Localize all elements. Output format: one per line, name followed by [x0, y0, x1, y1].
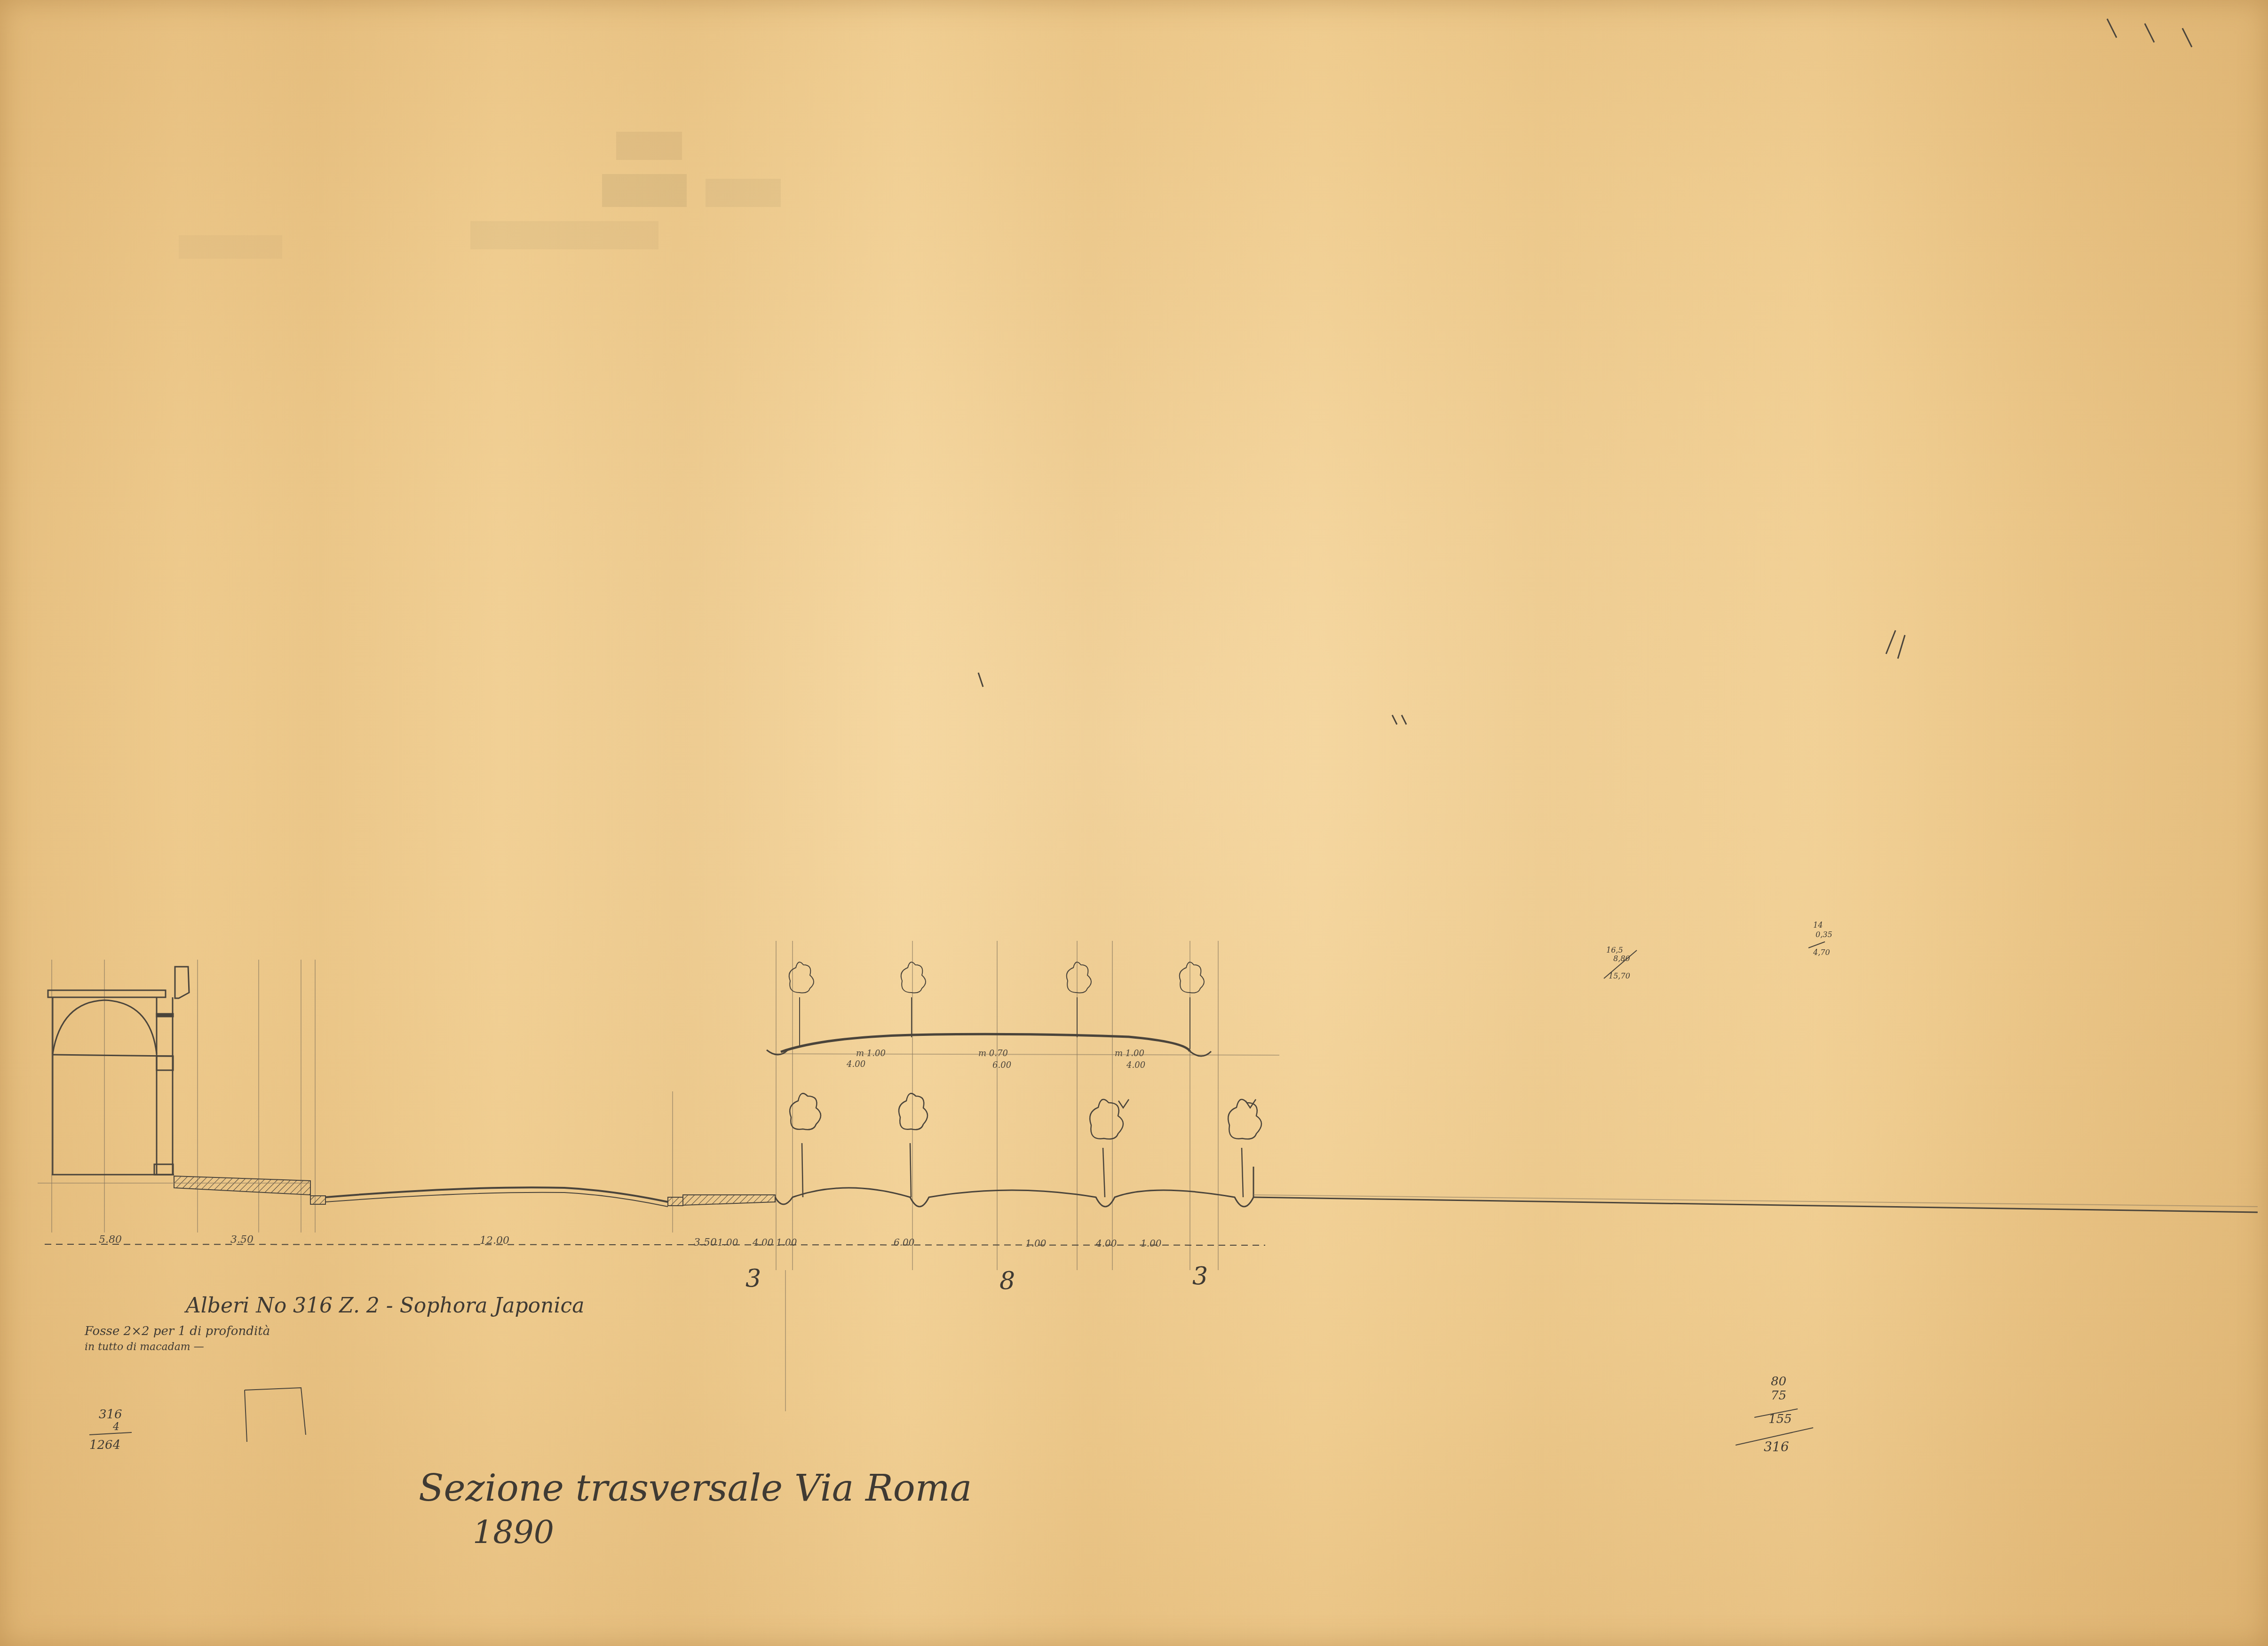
dim-value: 6.00: [894, 1237, 915, 1248]
svg-text:1264: 1264: [89, 1438, 120, 1452]
svg-text:155: 155: [1768, 1412, 1792, 1426]
svg-text:316: 316: [1764, 1439, 1789, 1455]
trees-note: Alberi No 316 Z. 2 - Sophora Japonica: [184, 1294, 584, 1318]
drawing-year: 1890: [473, 1514, 554, 1551]
pits-note-line2: in tutto di macadam —: [85, 1341, 204, 1353]
bleed-through-text: illegible bleed-through text: [179, 120, 1279, 259]
dim-slope-right: m 1.00: [1115, 1049, 1144, 1058]
dim-upper-right: 4.00: [1126, 1060, 1145, 1070]
building-arcade: [48, 967, 189, 1175]
drawing-canvas: illegible bleed-through text: [0, 0, 2268, 1646]
dimension-line: 5.80 3.50 12.00 3.50 1.00 4.00 1.00 6.00…: [45, 1234, 1265, 1295]
lower-tree-row: [790, 1093, 1261, 1197]
svg-text:14: 14: [1813, 921, 1823, 930]
page-title: Sezione trasversale Via Roma: [419, 1467, 972, 1510]
dim-value: 12.00: [480, 1235, 509, 1247]
group-label: 3: [745, 1264, 761, 1293]
tree-icon: [901, 962, 926, 1037]
dim-value: 3.50: [694, 1237, 717, 1248]
dim-value: 1.00: [1025, 1238, 1047, 1249]
tree-icon: [1067, 962, 1091, 1037]
calc-upper-right: 14 0,35 4,70: [1808, 921, 1832, 957]
tree-icon: [1090, 1099, 1123, 1197]
dim-upper-center: 6.00: [992, 1060, 1011, 1070]
tree-icon: [899, 1093, 928, 1197]
dim-slope-left: m 1.00: [856, 1049, 886, 1058]
upper-avenue-section: m 1.00 m 0.70 m 1.00 4.00 6.00 4.00: [767, 962, 1279, 1070]
svg-text:80: 80: [1771, 1375, 1786, 1389]
dim-value: 4.00: [1095, 1238, 1117, 1249]
tree-icon: [790, 1093, 821, 1197]
calc-right: 80 75 155 316: [1736, 1375, 1813, 1455]
svg-text:16,5: 16,5: [1606, 946, 1623, 954]
tree-icon: [1180, 962, 1204, 1049]
lower-street-section: [38, 1167, 2258, 1212]
sketch-box: [245, 1388, 306, 1442]
dim-value: 1.00: [776, 1237, 797, 1248]
dim-value: 4.00: [752, 1237, 774, 1248]
dim-value: 5.80: [99, 1234, 122, 1246]
svg-text:4,70: 4,70: [1813, 948, 1830, 957]
svg-text:4: 4: [112, 1421, 119, 1433]
dim-value: 1.00: [717, 1237, 738, 1248]
tree-icon: [1228, 1099, 1261, 1197]
dim-upper-left: 4.00: [846, 1059, 865, 1069]
calc-upper-left: 16,5 8,80 15,70: [1604, 946, 1637, 980]
group-label: 3: [1192, 1262, 1208, 1290]
dim-slope-center: m 0.70: [978, 1049, 1008, 1058]
pits-note-line1: Fosse 2×2 per 1 di profondità: [84, 1324, 270, 1338]
group-label: 8: [999, 1267, 1015, 1295]
svg-text:15,70: 15,70: [1609, 971, 1630, 980]
dim-value: 3.50: [230, 1234, 254, 1246]
construction-lines: [52, 941, 1218, 1411]
svg-text:316: 316: [99, 1407, 122, 1422]
dim-value: 1.00: [1141, 1238, 1162, 1249]
svg-text:75: 75: [1771, 1389, 1786, 1403]
upper-tree-row: [789, 962, 1204, 1049]
calc-left: 316 4 1264: [89, 1407, 132, 1452]
svg-text:0,35: 0,35: [1816, 930, 1832, 939]
